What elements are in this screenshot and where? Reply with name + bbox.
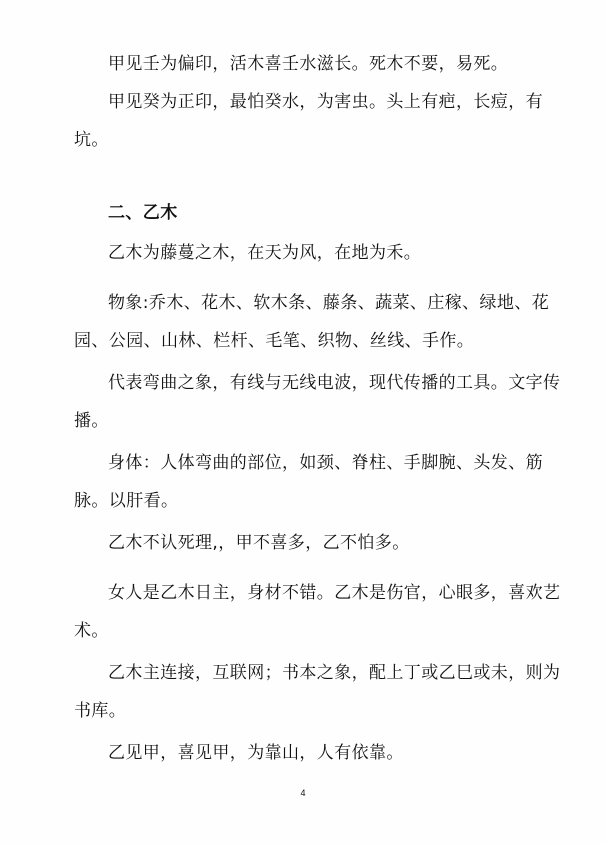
- paragraph-jia-gui: 甲见癸为正印，最怕癸水，为害虫。头上有疤，长痘，有 坑。: [74, 83, 544, 159]
- text-line: 播。: [74, 402, 544, 440]
- paragraph-curve-symbol: 代表弯曲之象，有线与无线电波，现代传播的工具。文字传 播。: [74, 364, 544, 440]
- text-line: 乙见甲，喜见甲，为靠山，人有依靠。: [74, 734, 544, 772]
- text-line: 身体：人体弯曲的部位，如颈、脊柱、手脚腕、头发、筋: [74, 444, 544, 482]
- paragraph-woman: 女人是乙木日主，身材不错。乙木是伤官，心眼多，喜欢艺 术。: [74, 574, 544, 650]
- page-number: 4: [0, 788, 606, 798]
- text-line: 代表弯曲之象，有线与无线电波，现代传播的工具。文字传: [74, 364, 544, 402]
- paragraph-body: 身体：人体弯曲的部位，如颈、脊柱、手脚腕、头发、筋 脉。以肝看。: [74, 444, 544, 520]
- paragraph-jia-ren: 甲见壬为偏印，活木喜壬水滋长。死木不要，易死。: [74, 45, 544, 83]
- text-line: 乙木不认死理,，甲不喜多，乙不怕多。: [74, 524, 544, 562]
- text-line: 坑。: [74, 121, 544, 159]
- section-heading: 二、乙木: [108, 198, 178, 228]
- text-line: 甲见壬为偏印，活木喜壬水滋长。死木不要，易死。: [74, 45, 544, 83]
- text-line: 甲见癸为正印，最怕癸水，为害虫。头上有疤，长痘，有: [74, 83, 544, 121]
- text-line: 女人是乙木日主，身材不错。乙木是伤官，心眼多，喜欢艺: [74, 574, 544, 612]
- paragraph-yi-jia: 乙见甲，喜见甲，为靠山，人有依靠。: [74, 734, 544, 772]
- text-line: 乙木主连接，互联网；书本之象，配上丁或乙巳或未，则为: [74, 654, 544, 692]
- paragraph-stubborn: 乙木不认死理,，甲不喜多，乙不怕多。: [74, 524, 544, 562]
- text-line: 术。: [74, 612, 544, 650]
- text-line: 园、公园、山林、栏杆、毛笔、织物、丝线、手作。: [74, 322, 544, 360]
- text-line: 脉。以肝看。: [74, 482, 544, 520]
- paragraph-connection: 乙木主连接，互联网；书本之象，配上丁或乙巳或未，则为 书库。: [74, 654, 544, 730]
- text-line: 乙木为藤蔓之木，在天为风，在地为禾。: [74, 234, 544, 272]
- paragraph-objects: 物象:乔木、花木、软木条、藤条、蔬菜、庄稼、绿地、花 园、公园、山林、栏杆、毛笔…: [74, 284, 544, 360]
- text-line: 书库。: [74, 692, 544, 730]
- paragraph-yi-definition: 乙木为藤蔓之木，在天为风，在地为禾。: [74, 234, 544, 272]
- text-line: 物象:乔木、花木、软木条、藤条、蔬菜、庄稼、绿地、花: [74, 284, 544, 322]
- document-page: 甲见壬为偏印，活木喜壬水滋长。死木不要，易死。 甲见癸为正印，最怕癸水，为害虫。…: [0, 0, 606, 844]
